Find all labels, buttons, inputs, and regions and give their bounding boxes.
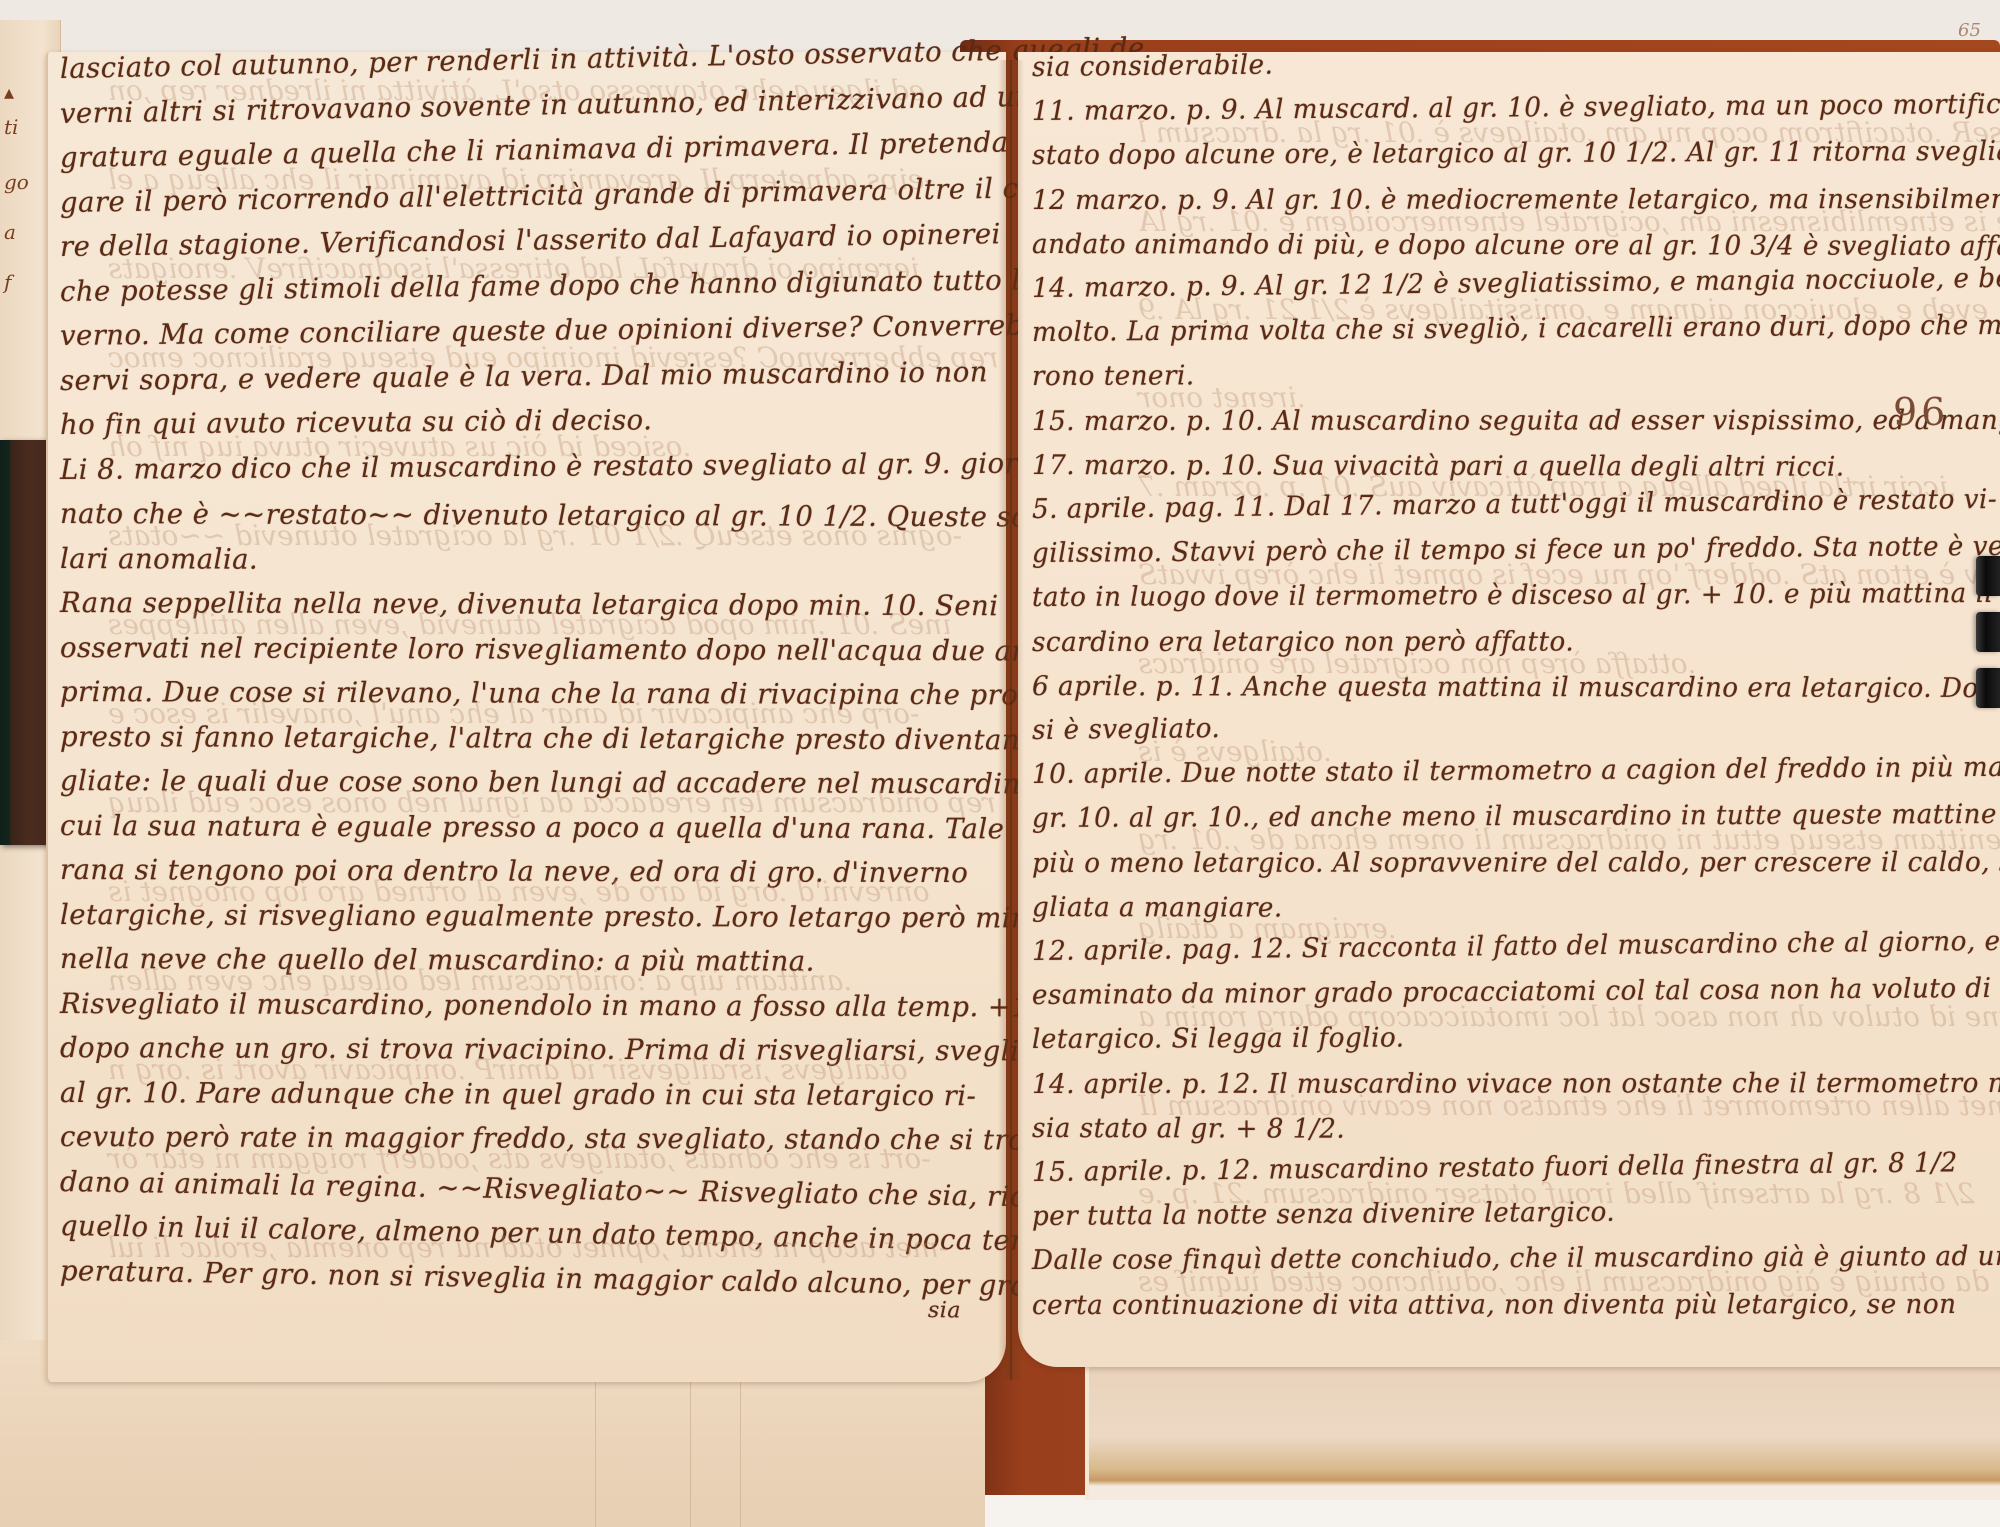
manuscript-line: per tutta la notte senza divenire letarg… — [1032, 1197, 1615, 1232]
manuscript-line: letargico. Si legga il foglio. — [1032, 1023, 1405, 1056]
underlying-page-right — [1085, 1360, 2000, 1500]
manuscript-line: osservati nel recipiente loro risvegliam… — [60, 631, 972, 667]
manuscript-line: sia stato al gr. + 8 1/2. — [1032, 1113, 1345, 1145]
manuscript-line: letargiche, si risvegliano egualmente pr… — [60, 898, 972, 934]
manuscript-line: stato dopo alcune ore, è letargico al gr… — [1032, 136, 2000, 171]
right-clip-2 — [1976, 612, 2000, 652]
right-clip-1 — [1976, 556, 2000, 596]
manuscript-line: al gr. 10. Pare adunque che in quel grad… — [60, 1076, 972, 1112]
manuscript-line: Li 8. marzo dico che il muscardino è res… — [60, 446, 972, 485]
manuscript-line: più o meno letargico. Al sopravvenire de… — [1032, 846, 2000, 878]
manuscript-line: presto si fanno letargiche, l'altra che … — [60, 720, 972, 756]
manuscript-line: certa continuazione di vita attiva, non … — [1032, 1289, 1957, 1321]
corner-annotation: 65 — [1958, 20, 1981, 41]
manuscript-line: sia considerabile. — [1032, 49, 1274, 83]
manuscript-line: molto. La prima volta che si svegliò, i … — [1032, 309, 2000, 348]
manuscript-line: cui la sua natura è eguale presso a poco… — [60, 809, 972, 845]
diary-entry: 15. marzo. p. 10. Al muscardino seguita … — [1032, 404, 2000, 436]
book-gutter — [998, 60, 1024, 1380]
page-number: 96 — [1893, 390, 1949, 434]
left-page: lasciato col autunno, per renderli in at… — [46, 52, 1006, 1382]
diary-entry: 6 aprile. p. 11. Anche questa mattina il… — [1032, 671, 2000, 704]
diary-entry: 10. aprile. Due notte stato il termometr… — [1032, 751, 2000, 790]
right-page: sia considerabile.11. marzo. p. 9. Al mu… — [1018, 52, 2000, 1367]
manuscript-line: lari anomalia. — [60, 542, 972, 578]
right-clip-3 — [1976, 668, 2000, 708]
manuscript-line: Risvegliato il muscardino, ponendolo in … — [60, 987, 972, 1023]
manuscript-line: andato animando di più, e dopo alcune or… — [1032, 229, 2000, 262]
manuscript-line: tato in luogo dove il termometro è disce… — [1032, 578, 2000, 613]
